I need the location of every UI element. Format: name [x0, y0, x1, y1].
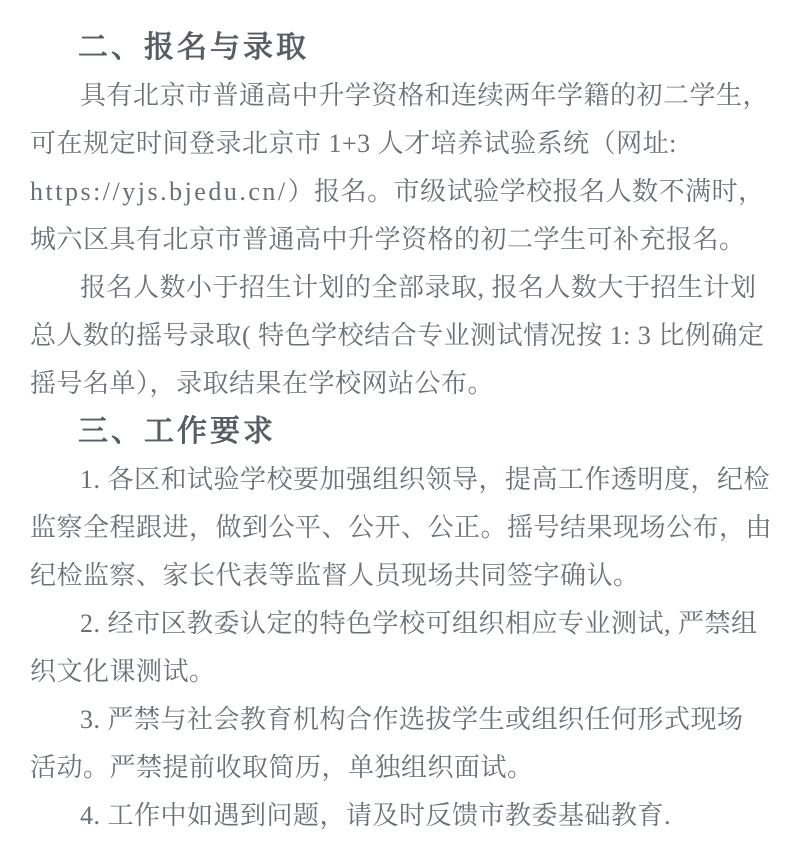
para-eligibility-line-1: 具有北京市普通高中升学资格和连续两年学籍的初二学生，	[30, 72, 770, 120]
para-eligibility-line-4: 城六区具有北京市普通高中升学资格的初二学生可补充报名。	[30, 216, 770, 264]
requirement-item-1-line-2: 监察全程跟进，做到公平、公开、公正。摇号结果现场公布，由	[30, 504, 770, 552]
document-page: 二、报名与录取 具有北京市普通高中升学资格和连续两年学籍的初二学生， 可在规定时…	[0, 0, 800, 841]
requirement-item-3-line-1: 3. 严禁与社会教育机构合作选拔学生或组织任何形式现场	[30, 696, 770, 744]
para-eligibility-line-2: 可在规定时间登录北京市 1+3 人才培养试验系统（网址:	[30, 120, 770, 168]
requirement-item-3-line-2: 活动。严禁提前收取简历，单独组织面试。	[30, 744, 770, 792]
para-admission-line-1: 报名人数小于招生计划的全部录取, 报名人数大于招生计划	[30, 264, 770, 312]
para-eligibility-line-3: https://yjs.bjedu.cn/）报名。市级试验学校报名人数不满时，	[30, 168, 770, 216]
requirement-item-2-line-1: 2. 经市区教委认定的特色学校可组织相应专业测试, 严禁组	[30, 600, 770, 648]
requirement-item-1-line-1: 1. 各区和试验学校要加强组织领导，提高工作透明度，纪检	[30, 456, 770, 504]
section-heading-registration: 二、报名与录取	[30, 24, 770, 72]
signup-url-text: https://yjs.bjedu.cn/	[30, 177, 288, 206]
requirement-item-1-line-3: 纪检监察、家长代表等监督人员现场共同签字确认。	[30, 552, 770, 600]
requirement-item-4-line-1: 4. 工作中如遇到问题，请及时反馈市教委基础教育.	[30, 792, 770, 840]
para-admission-line-2: 总人数的摇号录取( 特色学校结合专业测试情况按 1: 3 比例确定	[30, 312, 770, 360]
section-heading-requirements: 三、工作要求	[30, 408, 770, 456]
para-eligibility-line-3-rest: ）报名。市级试验学校报名人数不满时，	[288, 177, 765, 206]
requirement-item-2-line-2: 织文化课测试。	[30, 648, 770, 696]
para-admission-line-3: 摇号名单），录取结果在学校网站公布。	[30, 360, 770, 408]
